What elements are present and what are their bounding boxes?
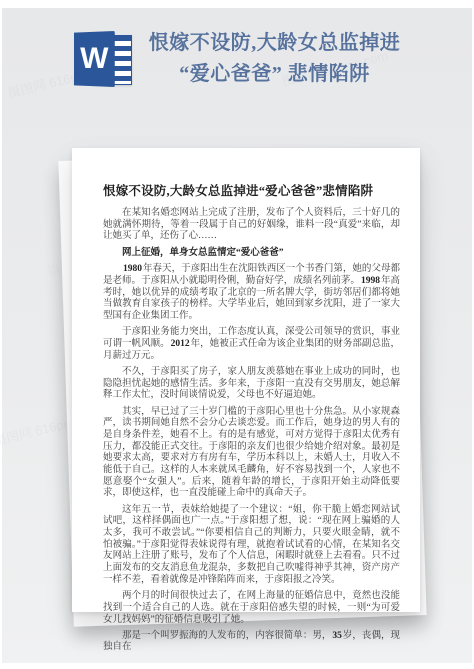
doc-paragraph: 两个月的时间很快过去了，在网上海量的征婚信息中，竟然也没能找到一个适合自己的人选… [103,591,400,626]
template-title: 恨嫁不设防,大龄女总监掉进 “爱心爸爸” 悲情陷阱 [149,28,401,90]
word-icon: W [74,31,132,87]
doc-paragraph: 那是一个叫罗振海的人发布的，内容很简单：男，35岁，丧偶，现独自在 [103,631,400,654]
doc-section-heading: 网上征婚，单身女总监情定“爱心爸爸” [103,248,400,260]
word-icon-letter: W [80,44,108,74]
doc-paragraph: 不久，于彦阳买了房子，家人朋友羡慕她在事业上成功的同时，也隐隐担忧起她的感情生活… [103,367,400,402]
document-page: 恨嫁不设防,大龄女总监掉进“爱心爸爸”悲情陷阱 在某知名婚恋网站上完成了注册，发… [72,148,420,612]
document-title: 恨嫁不设防,大龄女总监掉进“爱心爸爸”悲情陷阱 [103,181,400,199]
doc-paragraph: 于彦阳业务能力突出，工作态度认真，深受公司领导的赏识，事业可谓一帆风顺。2012… [103,327,400,362]
doc-body: 在某知名婚恋网站上完成了注册，发布了个人资料后，三十好几的她就满怀期待，等着一段… [103,208,400,654]
word-icon-panel: W [74,31,115,87]
doc-paragraph: 这年五一节，表妹给她提了一个建议：“姐，你干脆上婚恋网站试试吧，这样择偶面也广一… [103,505,400,587]
doc-paragraph: 在某知名婚恋网站上完成了注册，发布了个人资料后，三十好几的她就满怀期待，等着一段… [103,208,400,243]
preview-header: W 恨嫁不设防,大龄女总监掉进 “爱心爸爸” 悲情陷阱 [0,28,474,90]
doc-paragraph: 其实，早已过了三十岁门槛的于彦阳心里也十分焦急。从小家规森严，读书期间她自然不会… [103,407,400,501]
template-title-line2: “爱心爸爸” 悲情陷阱 [149,59,401,90]
template-title-line1: 恨嫁不设防,大龄女总监掉进 [149,28,401,59]
document-content: 恨嫁不设防,大龄女总监掉进“爱心爸爸”悲情陷阱 在某知名婚恋网站上完成了注册，发… [72,148,420,654]
doc-paragraph: 1980年春天，于彦阳出生在沈阳铁西区一个书香门第，她的父母都是老师。于彦阳从小… [103,264,400,323]
